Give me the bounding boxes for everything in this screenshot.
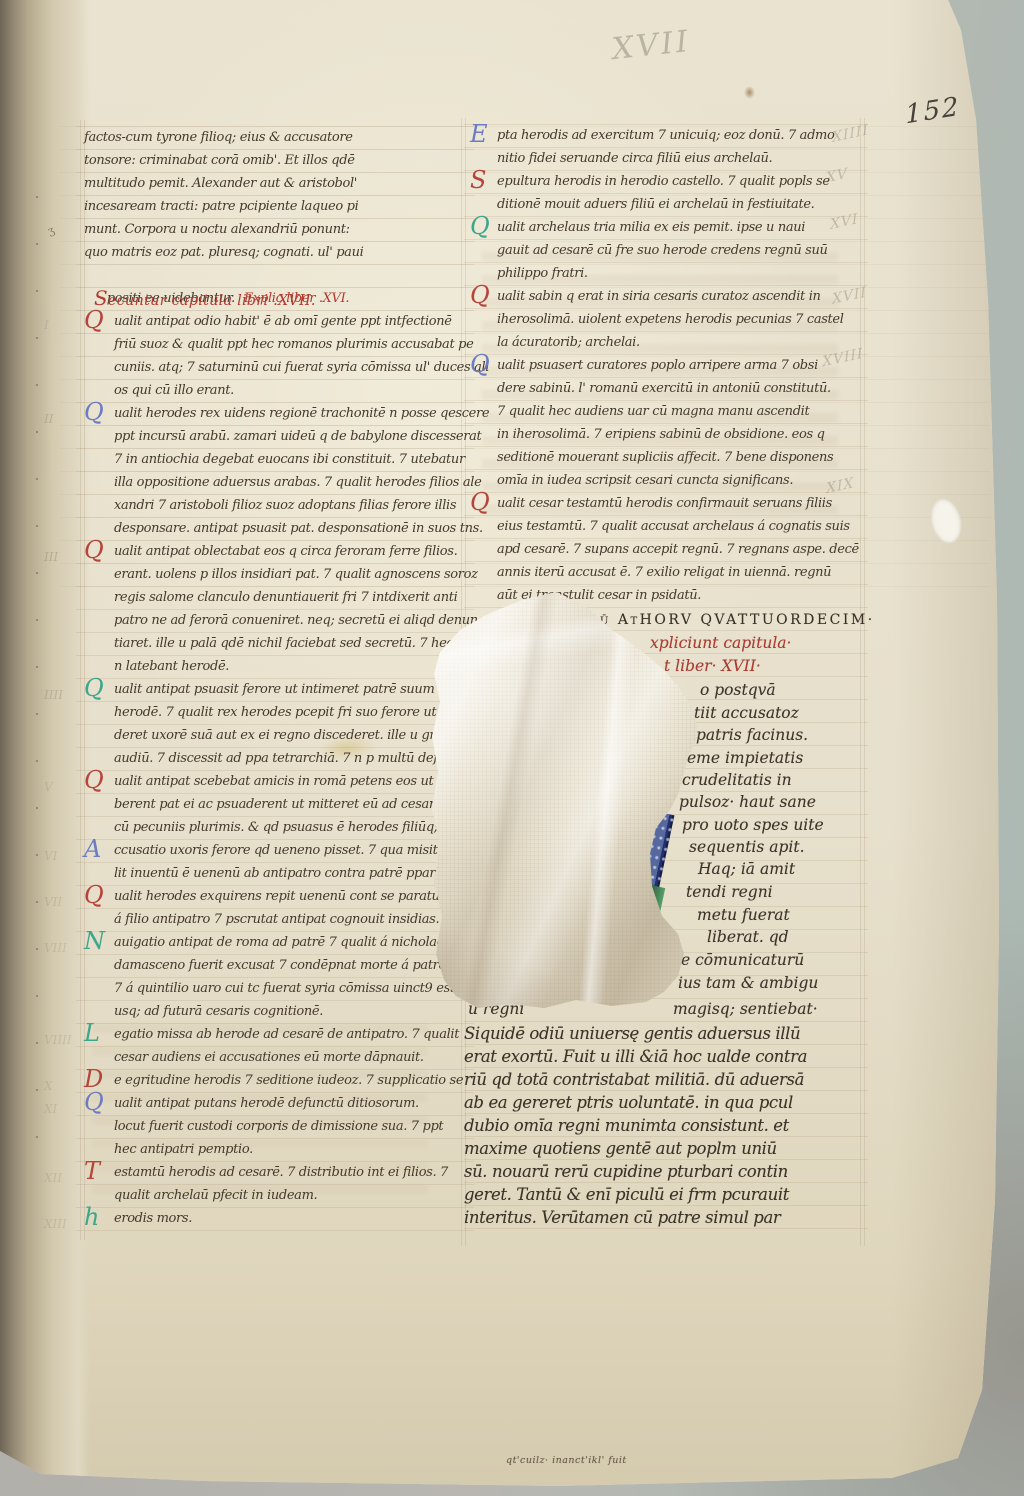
capitulum-initial: S [470, 167, 486, 193]
book16-last-line: positi ee uidebantur.Explic liber .XVI. [84, 264, 466, 287]
catchword: qt'cuilz· inanct'ikl' fuit [506, 1455, 627, 1466]
left-column: factos-cum tyrone filioq; eius & accusat… [84, 126, 466, 1230]
capitulum-initial: Q [470, 351, 490, 377]
covered-line-fragment: ius tam & ambigu [678, 973, 818, 993]
margin-numeral: III [44, 550, 58, 564]
pencil-book-numeral: XVII [610, 24, 692, 67]
capitulum-item: Legatio missa ab herode ad cesarē de ant… [84, 1023, 466, 1069]
capitulum-item: Epta herodis ad exercitum 7 unicuiq; eoz… [470, 124, 864, 170]
capitulum-text: estamtū herodis ad cesarē. 7 distributio… [114, 1161, 466, 1207]
covered-line-fragment: Haq; iā amit [698, 859, 795, 879]
capitulum-text: pta herodis ad exercitum 7 unicuiq; eoz … [497, 124, 864, 170]
margin-numeral: XIII [44, 1217, 67, 1231]
capitulum-item: Qualit cesar testamtū herodis confirmaui… [470, 492, 864, 607]
covered-line-fragment: tendi regni [686, 882, 773, 902]
parchment-page: 152 XVII ʒ I II III IIII V VI VII VIII V… [0, 0, 1014, 1496]
capitulum-item: Qualit herodes exquirens repit uenenū co… [84, 885, 466, 931]
capitulum-text: ualit antipat putans herodē defunctū dit… [114, 1092, 466, 1161]
capitulum-item: Qualit antipat putans herodē defunctū di… [84, 1092, 466, 1161]
resume-line-right-fragment: magisq; sentiebat· [673, 999, 818, 1019]
explicit-capitals-line: ū AtHORV QVATTUORDECIM· [600, 610, 875, 630]
capitulum-initial: A [84, 836, 101, 862]
margin-numeral: IIII [44, 688, 63, 702]
covered-line-fragment: e cōmunicaturū [681, 950, 804, 970]
covered-line-fragment: metu fuerat [697, 905, 790, 925]
covered-line-fragment: crudelitatis in [682, 770, 792, 790]
capitulum-text: ualit psuasert curatores poplo arripere … [497, 354, 864, 492]
capitulum-initial: Q [84, 1089, 104, 1115]
covered-line-fragment: liberat. qd [707, 927, 789, 947]
rubric-secuntur-capitula: Secuntur capitula libri .XVII. [84, 287, 466, 310]
capitulum-item: Testamtū herodis ad cesarē. 7 distributi… [84, 1161, 466, 1207]
ink-spot [744, 86, 755, 99]
margin-numeral: VII [44, 895, 62, 909]
capitulum-item: Sepultura herodis in herodio castello. 7… [470, 170, 864, 216]
capitulum-item: Qualit sabin q erat in siria cesaris cur… [470, 285, 864, 354]
capitulum-text: ualit sabin q erat in siria cesaris cura… [497, 285, 864, 354]
book16-closing-text: factos-cum tyrone filioq; eius & accusat… [84, 126, 466, 264]
capitulum-text: e egritudine herodis 7 seditione iudeoz.… [114, 1069, 466, 1092]
capitulum-initial: Q [470, 282, 490, 308]
covered-line-fragment: pro uoto spes uite [682, 815, 824, 835]
capitulum-text: ualit antipat odio habit' ē ab omī gente… [114, 310, 466, 402]
capitulum-text: ualit antipat scebebat amicis in romā pe… [114, 770, 466, 839]
capitulum-initial: N [84, 928, 105, 954]
capitulum-initial: Q [84, 767, 104, 793]
covered-line-fragment: sequentis apit. [689, 837, 805, 857]
margin-numeral: VIIII [44, 1033, 72, 1047]
capitulum-item: Qualit antipat scebebat amicis in romā p… [84, 770, 466, 839]
folio-number: 152 [905, 92, 962, 131]
margin-numeral: XII [44, 1171, 62, 1185]
capitulum-text: ualit herodes rex uidens regionē trachon… [114, 402, 466, 540]
capitulum-item: Qualit archelaus tria milia ex eis pemit… [470, 216, 864, 285]
capitulum-item: Qualit herodes rex uidens regionē tracho… [84, 402, 466, 540]
capitulum-item: Nauigatio antipat de roma ad patrē 7 qua… [84, 931, 466, 1023]
margin-numeral: X [44, 1079, 53, 1093]
capitulum-initial: Q [470, 213, 490, 239]
capitulum-text: ualit herodes exquirens repit uenenū con… [114, 885, 466, 931]
explicit-liber-xvii-rubric: t liber· XVII· [664, 656, 761, 676]
capitulum-text: erodis mors. [114, 1207, 466, 1230]
margin-numeral: VI [44, 849, 57, 863]
book17-opening-paragraph: Siquidē odiū uniuersę gentis aduersus il… [464, 1022, 807, 1229]
capitulum-text: ualit archelaus tria milia ex eis pemit.… [497, 216, 864, 285]
capitulum-initial: Q [470, 489, 490, 515]
ruling-vertical-left [80, 120, 81, 1240]
capitulum-item: herodis mors. [84, 1207, 466, 1230]
capitulum-item: De egritudine herodis 7 seditione iudeoz… [84, 1069, 466, 1092]
margin-numeral: XI [44, 1102, 57, 1116]
capitulum-text: ualit cesar testamtū herodis confirmauit… [497, 492, 864, 607]
capitulum-initial: L [84, 1020, 100, 1046]
covered-line-fragment: tiit accusatoz [694, 703, 799, 723]
capitulum-initial: Q [84, 307, 104, 333]
capitulum-initial: h [84, 1204, 99, 1230]
covered-line-fragment: eme impietatis [687, 748, 803, 768]
capitulum-text: ualit antipat psuasit ferore ut intimere… [114, 678, 466, 770]
capitulum-item: Qualit antipat psuasit ferore ut intimer… [84, 678, 466, 770]
capitulum-initial: Q [84, 537, 104, 563]
manuscript-photo: { "photo": { "page_number": "152", "top_… [0, 0, 1024, 1496]
margin-squiggle-mark: ʒ [46, 223, 56, 237]
margin-numeral: V [44, 780, 53, 794]
capitulum-initial: E [470, 121, 488, 147]
covered-line-fragment: pulsoz· haut sane [679, 792, 816, 812]
capitulum-item: Qualit antipat oblectabat eos q circa fe… [84, 540, 466, 678]
capitulum-item: Qualit psuasert curatores poplo arripere… [470, 354, 864, 492]
capitulum-initial: T [84, 1158, 100, 1184]
capitulum-text: epultura herodis in herodio castello. 7 … [497, 170, 864, 216]
capitulum-initial: Q [84, 882, 104, 908]
capitulum-item: Qualit antipat odio habit' ē ab omī gent… [84, 310, 466, 402]
covered-line-fragment: patris facinus. [696, 725, 808, 745]
margin-numeral: II [44, 412, 53, 426]
capitulum-item: Accusatio uxoris ferore qd ueneno pisset… [84, 839, 466, 885]
margin-numeral: I [44, 318, 49, 332]
right-column: Epta herodis ad exercitum 7 unicuiq; eoz… [470, 124, 864, 607]
capitulum-text: ualit antipat oblectabat eos q circa fer… [114, 540, 466, 678]
capitulum-initial: Q [84, 675, 104, 701]
pricking-holes [36, 196, 38, 1141]
covered-line-fragment: o postqvā [700, 680, 776, 700]
capitulum-initial: Q [84, 399, 104, 425]
margin-numeral: VIII [44, 941, 67, 955]
expliciunt-capitula-rubric: xpliciunt capitula· [650, 633, 791, 653]
capitulum-text: egatio missa ab herode ad cesarē de anti… [114, 1023, 466, 1069]
capitulum-text: auigatio antipat de roma ad patrē 7 qual… [114, 931, 466, 1023]
capitulum-text: ccusatio uxoris ferore qd ueneno pisset.… [114, 839, 466, 885]
